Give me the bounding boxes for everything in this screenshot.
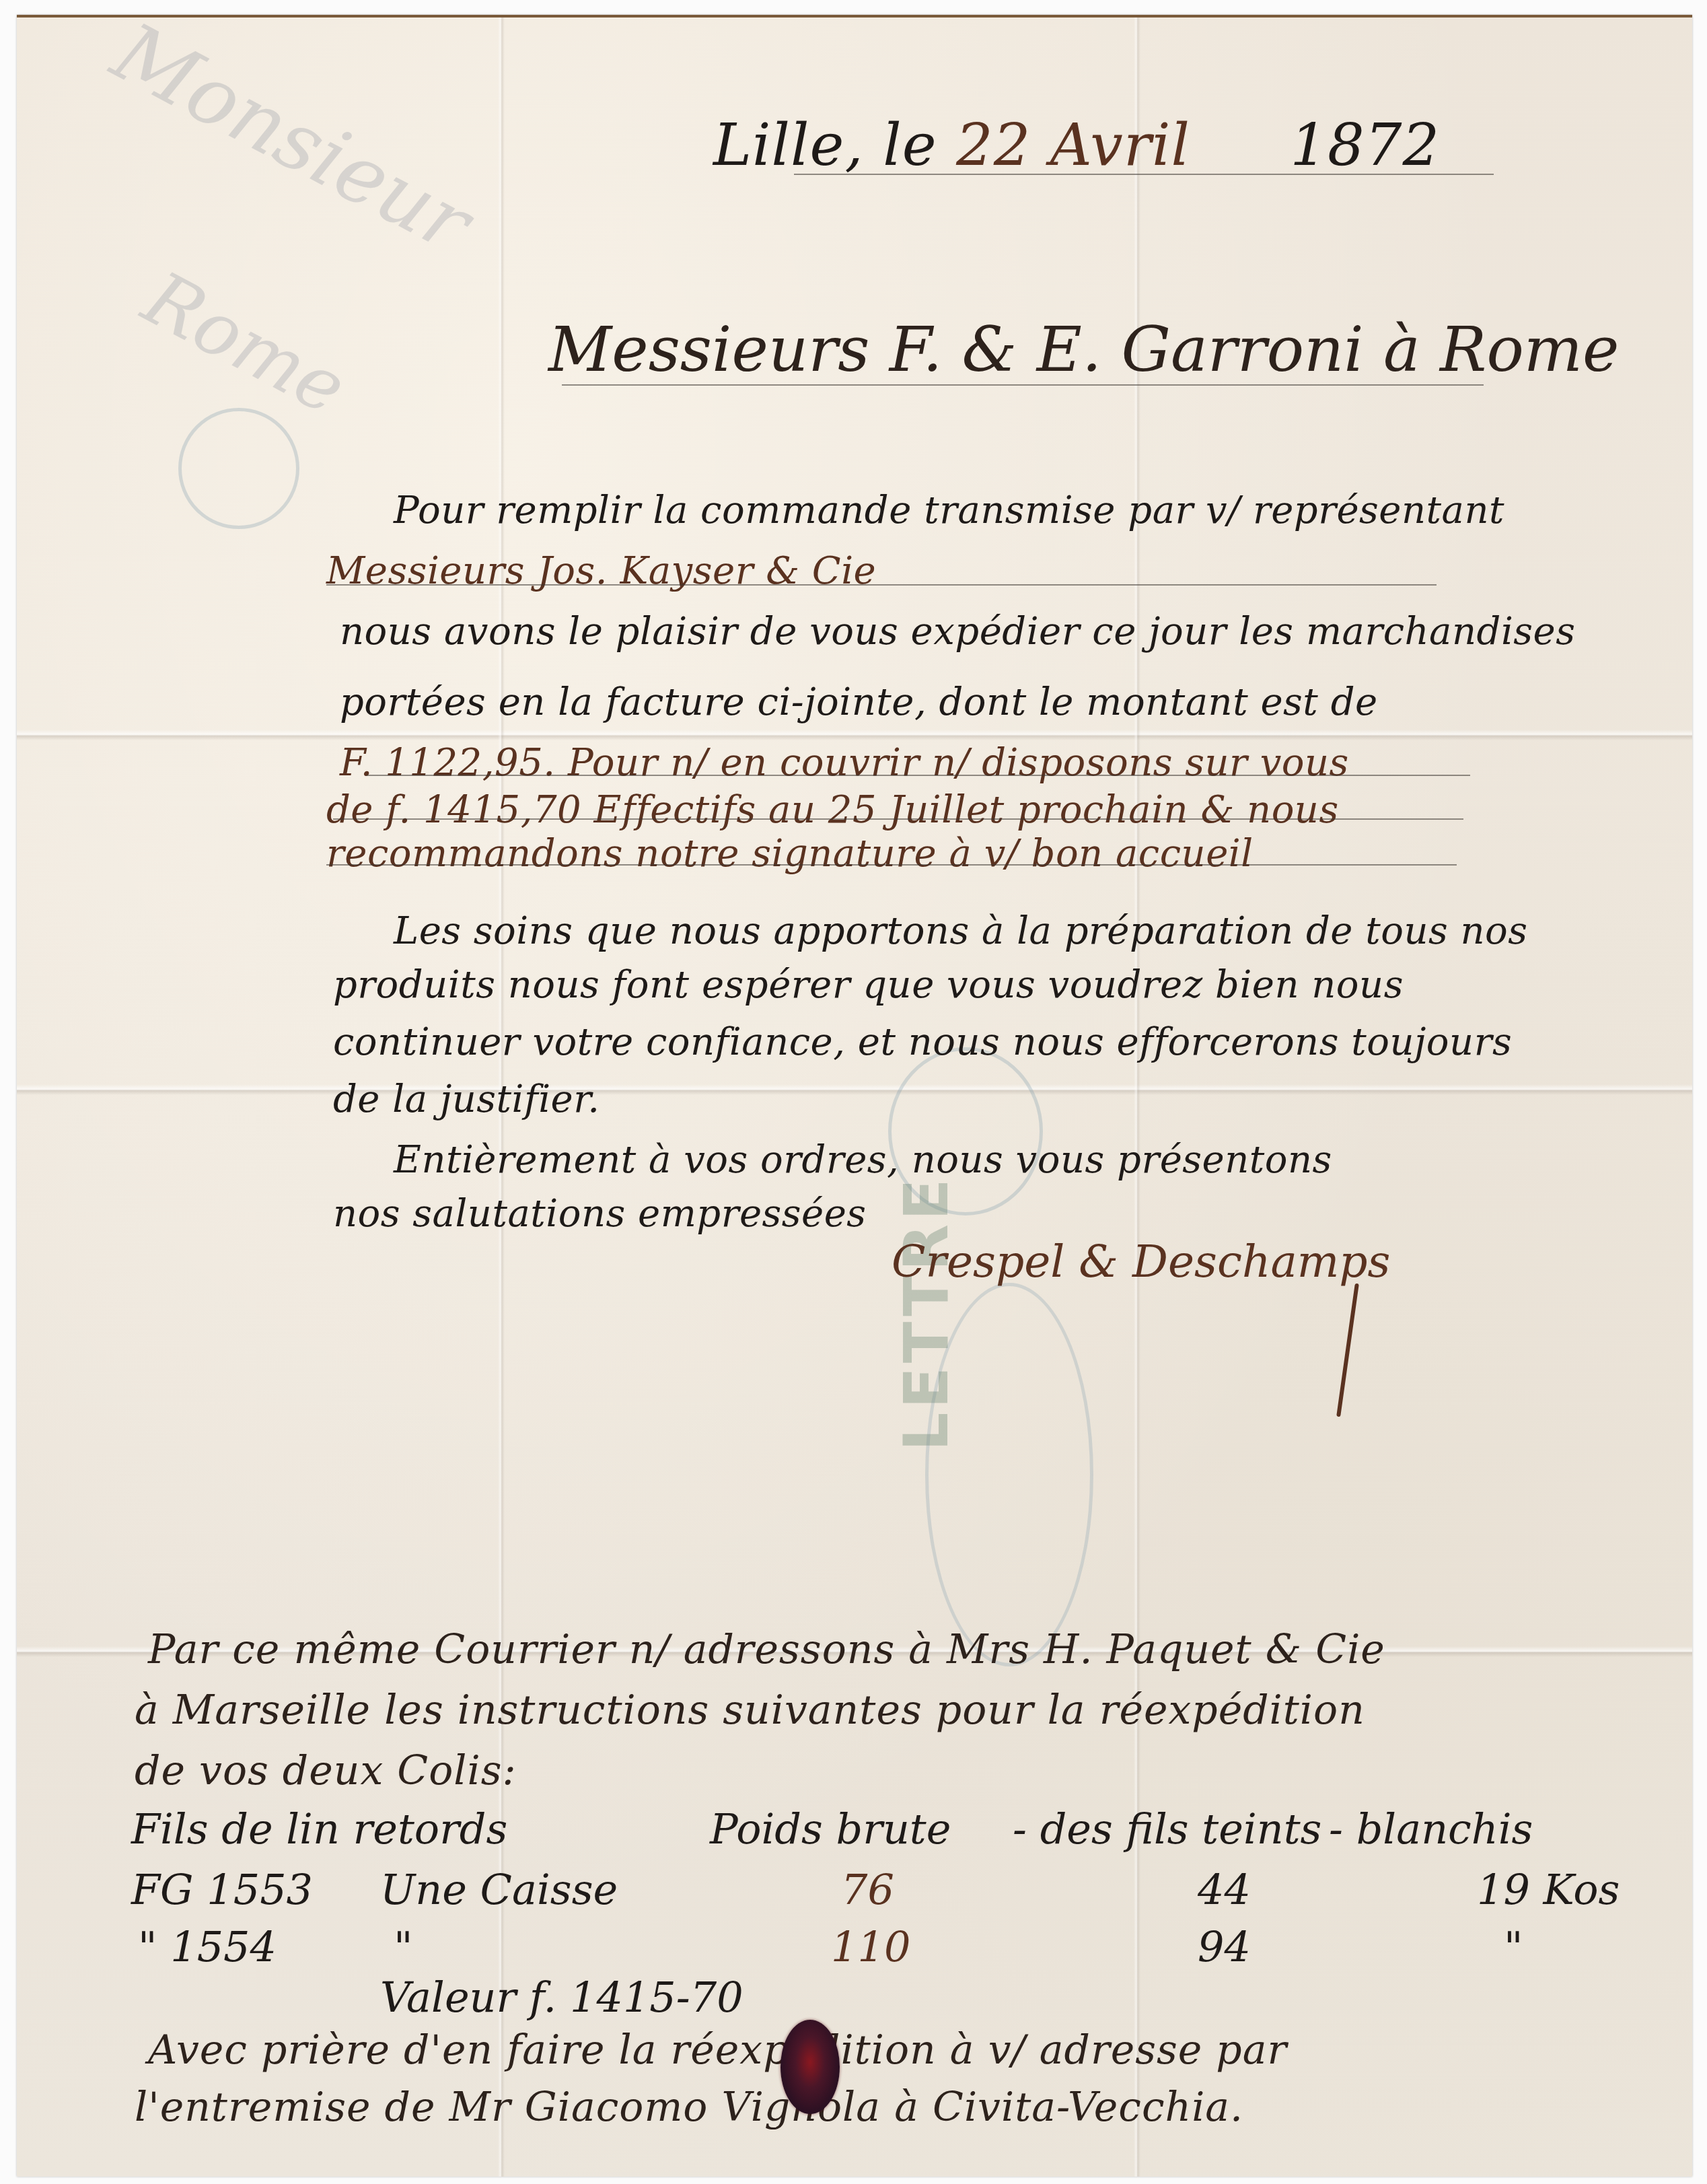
row-description: " bbox=[394, 1922, 413, 1971]
addressee-underline bbox=[562, 384, 1484, 386]
lettre-stamp: LETTRE bbox=[892, 1175, 962, 1451]
row-gross-weight: 76 bbox=[841, 1865, 894, 1914]
body-line: produits nous font espérer que vous voud… bbox=[333, 963, 1404, 1007]
day-month: 22 Avril bbox=[956, 112, 1190, 179]
body-line: F. 1122,95. Pour n/ en couvrir n/ dispos… bbox=[340, 741, 1349, 785]
value-line: Valeur f. 1415-70 bbox=[380, 1973, 743, 2022]
row-dyed: 94 bbox=[1198, 1922, 1251, 1971]
body-line: recommandons notre signature à v/ bon ac… bbox=[326, 832, 1254, 876]
ghost-handwriting: Monsieur bbox=[98, 5, 486, 271]
row-gross-weight: 110 bbox=[831, 1922, 910, 1971]
fold-crease bbox=[17, 730, 1692, 740]
letter-paper: Monsieur Rome LETTRE Lille, le 22 Avril … bbox=[17, 15, 1692, 2177]
shipping-note-line: à Marseille les instructions suivantes p… bbox=[135, 1687, 1365, 1734]
body-line: continuer votre confiance, et nous nous … bbox=[333, 1020, 1512, 1064]
shipping-note-line: de vos deux Colis: bbox=[135, 1747, 517, 1794]
signature: Crespel & Deschamps bbox=[892, 1236, 1390, 1288]
wax-seal bbox=[780, 2020, 840, 2114]
ghost-stamp-circle bbox=[178, 408, 299, 529]
table-header: - blanchis bbox=[1329, 1804, 1533, 1854]
place: Lille, le bbox=[713, 112, 937, 179]
line-rule bbox=[326, 864, 1457, 866]
row-description: Une Caisse bbox=[380, 1865, 618, 1914]
closing-note-line: Avec prière d'en faire la réexpédition à… bbox=[148, 2027, 1287, 2074]
body-line: de la justifier. bbox=[333, 1078, 600, 1121]
table-header: Poids brute bbox=[710, 1804, 951, 1854]
row-bleached: " bbox=[1504, 1922, 1523, 1971]
body-line: portées en la facture ci-jointe, dont le… bbox=[340, 680, 1378, 724]
table-header: Fils de lin retords bbox=[131, 1804, 507, 1854]
date-underline bbox=[794, 174, 1494, 175]
line-rule bbox=[333, 818, 1463, 820]
shipping-note-line: Par ce même Courrier n/ adressons à Mrs … bbox=[148, 1626, 1385, 1673]
table-header: - des fils teints bbox=[1013, 1804, 1321, 1854]
row-dyed: 44 bbox=[1198, 1865, 1251, 1914]
body-line: de f. 1415,70 Effectifs au 25 Juillet pr… bbox=[326, 788, 1339, 832]
row-mark: " 1554 bbox=[138, 1922, 277, 1971]
place-date: Lille, le 22 Avril 1872 bbox=[713, 112, 1440, 179]
line-rule bbox=[326, 584, 1437, 586]
body-line: Entièrement à vos ordres, nous vous prés… bbox=[394, 1138, 1332, 1182]
fold-crease bbox=[17, 1084, 1692, 1095]
body-line: nos salutations empressées bbox=[333, 1192, 867, 1236]
body-line: Pour remplir la commande transmise par v… bbox=[394, 489, 1504, 532]
row-bleached: 19 Kos bbox=[1477, 1865, 1620, 1914]
line-rule bbox=[367, 775, 1470, 776]
body-line: Messieurs Jos. Kayser & Cie bbox=[326, 549, 876, 593]
body-line: Les soins que nous apportons à la prépar… bbox=[394, 909, 1528, 953]
signature-flourish bbox=[1336, 1283, 1359, 1417]
row-mark: FG 1553 bbox=[131, 1865, 313, 1914]
addressee: Messieurs F. & E. Garroni à Rome bbox=[548, 314, 1619, 386]
ghost-handwriting: Rome bbox=[131, 255, 360, 432]
body-line: nous avons le plaisir de vous expédier c… bbox=[340, 610, 1575, 654]
year: 1872 bbox=[1290, 112, 1440, 179]
closing-note-line: l'entremise de Mr Giacomo Vignola à Civi… bbox=[135, 2084, 1243, 2131]
